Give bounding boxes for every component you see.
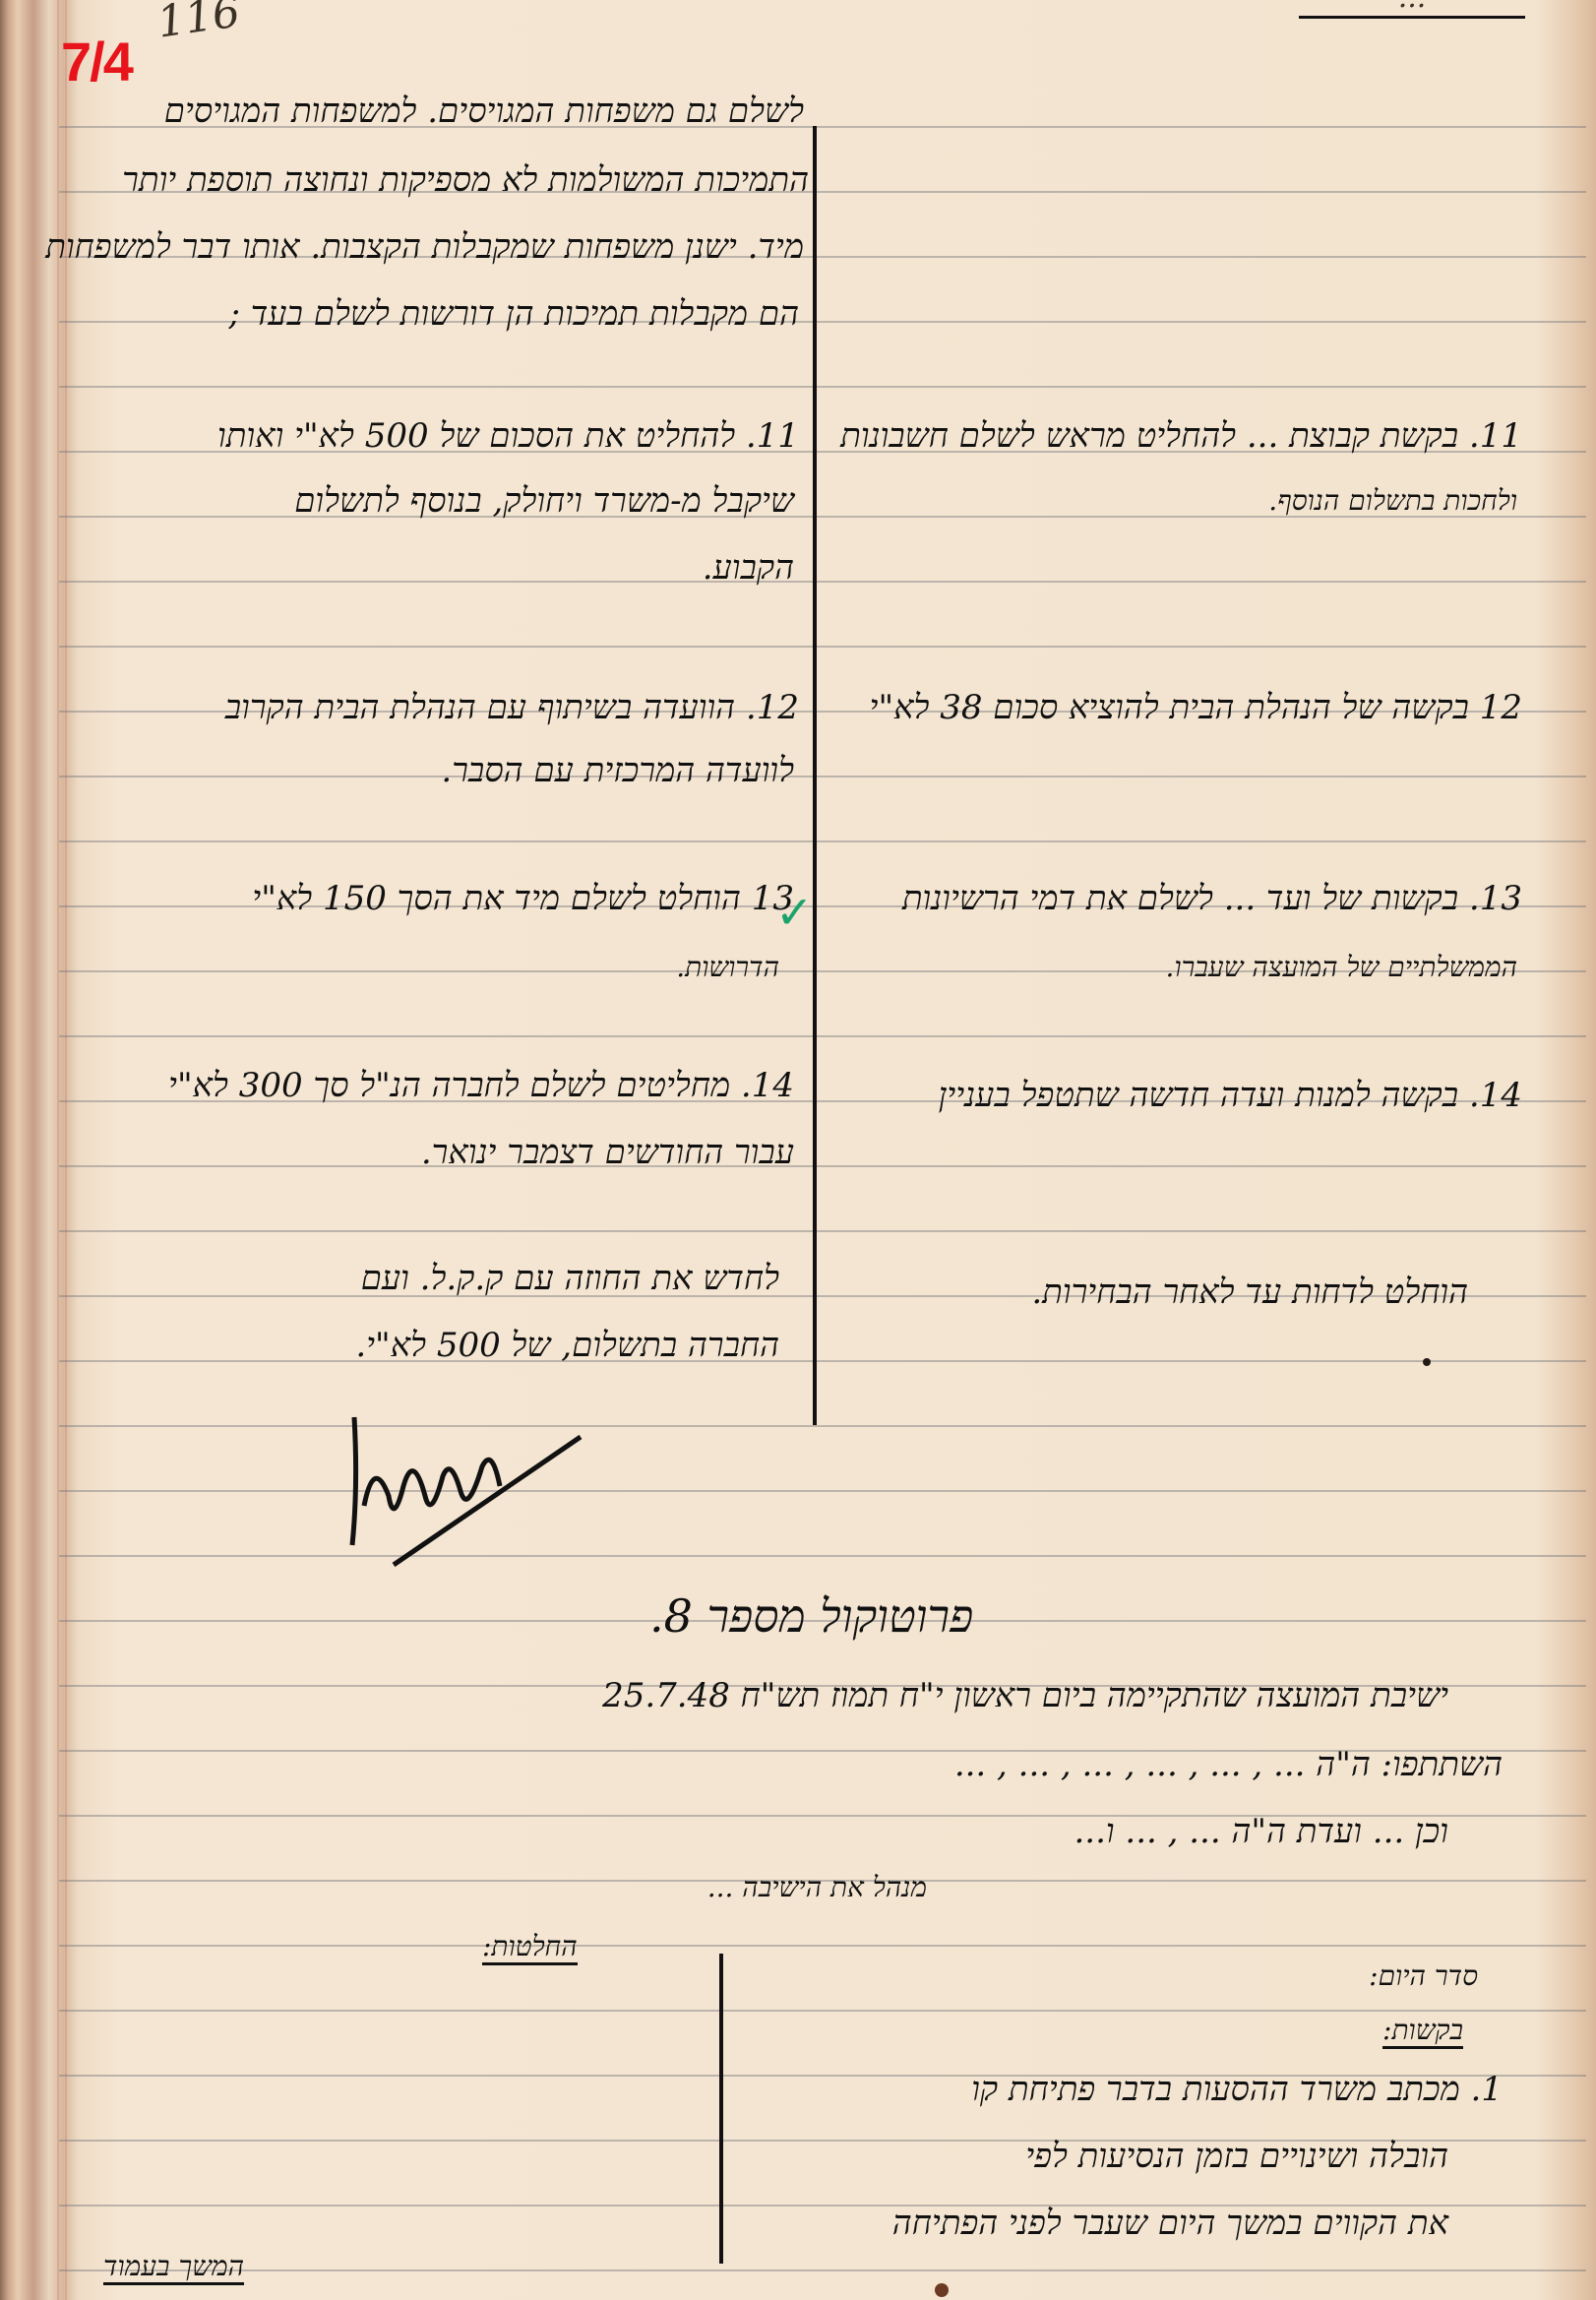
item-line: הוועדה בשיתוף עם הנהלת הבית הקרוב <box>225 688 735 727</box>
item-line: עבור החודשים דצמבר ינואר. <box>421 1120 794 1185</box>
protocol-attendees-line: וכן ... ועדת ה"ה ... , ... ו... <box>1074 1799 1448 1864</box>
ruled-line <box>59 776 1586 777</box>
item-line: בקשה למנות ועדה חדשה שתטפל בעניין <box>939 1076 1458 1115</box>
item-line: ולחכות בתשלום הנוסף. <box>1268 468 1517 533</box>
ruled-line <box>59 646 1586 648</box>
item-number: 14 <box>752 1066 794 1105</box>
ruled-line <box>59 386 1586 388</box>
item-line: לוועדה המרכזית עם הסבר. <box>441 738 794 803</box>
ruled-line <box>59 1555 1586 1557</box>
intro-line: מיד. ישנן משפחות שמקבלות הקצבות. אותו דב… <box>45 215 804 280</box>
item-line: החברה בתשלום, של 500 לא"י. <box>355 1313 779 1378</box>
item-number: 12 <box>757 688 799 727</box>
item-line: הדרושות. <box>676 935 779 1000</box>
item-line: בקשת קבוצת ... להחליט מראש לשלם חשבונות <box>840 416 1458 456</box>
item-line: בקשות של ועד ... לשלם את דמי הרשיונות <box>902 879 1458 918</box>
item-line: להחליט את הסכום של 500 לא"י ואותו <box>217 416 735 456</box>
item-line: מכתב משרד ההסעות בדבר פתיחת קו <box>971 2070 1460 2109</box>
item-line: הוחלט לדחות עד לאחר הבחירות. <box>1031 1260 1468 1325</box>
item-number: 14 <box>1480 1076 1522 1115</box>
ruled-line <box>59 1165 1586 1167</box>
ruled-line <box>59 1035 1586 1037</box>
checkmark-icon: ✓ <box>775 886 814 939</box>
margin-line <box>57 0 59 2300</box>
agenda-subheading: בקשות: <box>1382 2014 1463 2049</box>
item-number: 1. <box>1471 2070 1503 2109</box>
folio-number: 116 <box>154 0 243 48</box>
ruled-line <box>59 1360 1586 1362</box>
ruled-line <box>59 2269 1586 2271</box>
top-right-note: ... <box>1299 0 1525 19</box>
decisions-heading: החלטות: <box>482 1930 578 1965</box>
notebook-page: 7/4 116 ... לשלם גם משפחות המגויסים. למש… <box>0 0 1596 2300</box>
protocol-chair-line: מנהל את הישיבה ... <box>707 1855 927 1920</box>
protocol-attendees-line: השתתפו: ה"ה ... , ... , ... , ... , ... … <box>954 1732 1503 1797</box>
ruled-line <box>59 840 1586 842</box>
intro-line: התמיכות המשולמות לא מספיקות ונחוצה תוספת… <box>122 148 809 213</box>
ruled-line <box>59 1425 1586 1427</box>
item-line: הממשלתיים של המועצה שעברו. <box>1166 935 1517 1000</box>
ruled-line <box>59 1945 1586 1947</box>
ruled-line <box>59 1230 1586 1232</box>
protocol-title: פרוטוקול מספר 8. <box>649 1589 973 1643</box>
column-divider-top <box>813 126 817 1425</box>
item-number: 13 <box>1480 879 1522 918</box>
item-line: הקבוע. <box>703 535 794 600</box>
ruled-line <box>59 2010 1586 2012</box>
item-line: את הקווים במשך היום שעבר לפני הפתיחה <box>892 2191 1448 2256</box>
ruled-line <box>59 581 1586 583</box>
protocol-date-line: ישיבת המועצה שהתקיימה ביום ראשון י"ח תמו… <box>602 1663 1448 1728</box>
item-line: הובלה ושינויים בזמן הנסיעות לפי <box>1025 2124 1448 2189</box>
item-number: 11 <box>1480 416 1522 456</box>
margin-line <box>65 0 67 2300</box>
page-label: 7/4 <box>61 30 132 93</box>
continuation-note: המשך בעמוד <box>103 2250 244 2285</box>
column-divider-bottom <box>719 1954 723 2264</box>
item-line: מחליטים לשלם לחברה הנ"ל סך 300 לא"י <box>168 1066 730 1105</box>
ruled-line <box>59 1490 1586 1492</box>
ink-spot <box>935 2283 949 2297</box>
item-number: 12 <box>1480 688 1522 727</box>
item-line: בקשה של הנהלת הבית להוציא סכום 38 לא"י <box>870 688 1469 727</box>
item-number: 11 <box>757 416 799 456</box>
intro-line: הם מקבלות תמיכות הן דורשות לשלם בעד ; <box>229 281 800 346</box>
item-line: הוחלט לשלם מיד את הסך 150 לא"י <box>252 879 741 918</box>
intro-line: לשלם גם משפחות המגויסים. למשפחות המגויסי… <box>164 79 804 144</box>
item-line: שיקבל מ-משרד ויחולק, בנוסף לתשלום <box>294 468 794 533</box>
signature-icon <box>335 1398 590 1575</box>
item-line: לחדש את החוזה עם ק.ק.ל. ועם <box>361 1246 779 1311</box>
ink-spot <box>1423 1358 1431 1366</box>
